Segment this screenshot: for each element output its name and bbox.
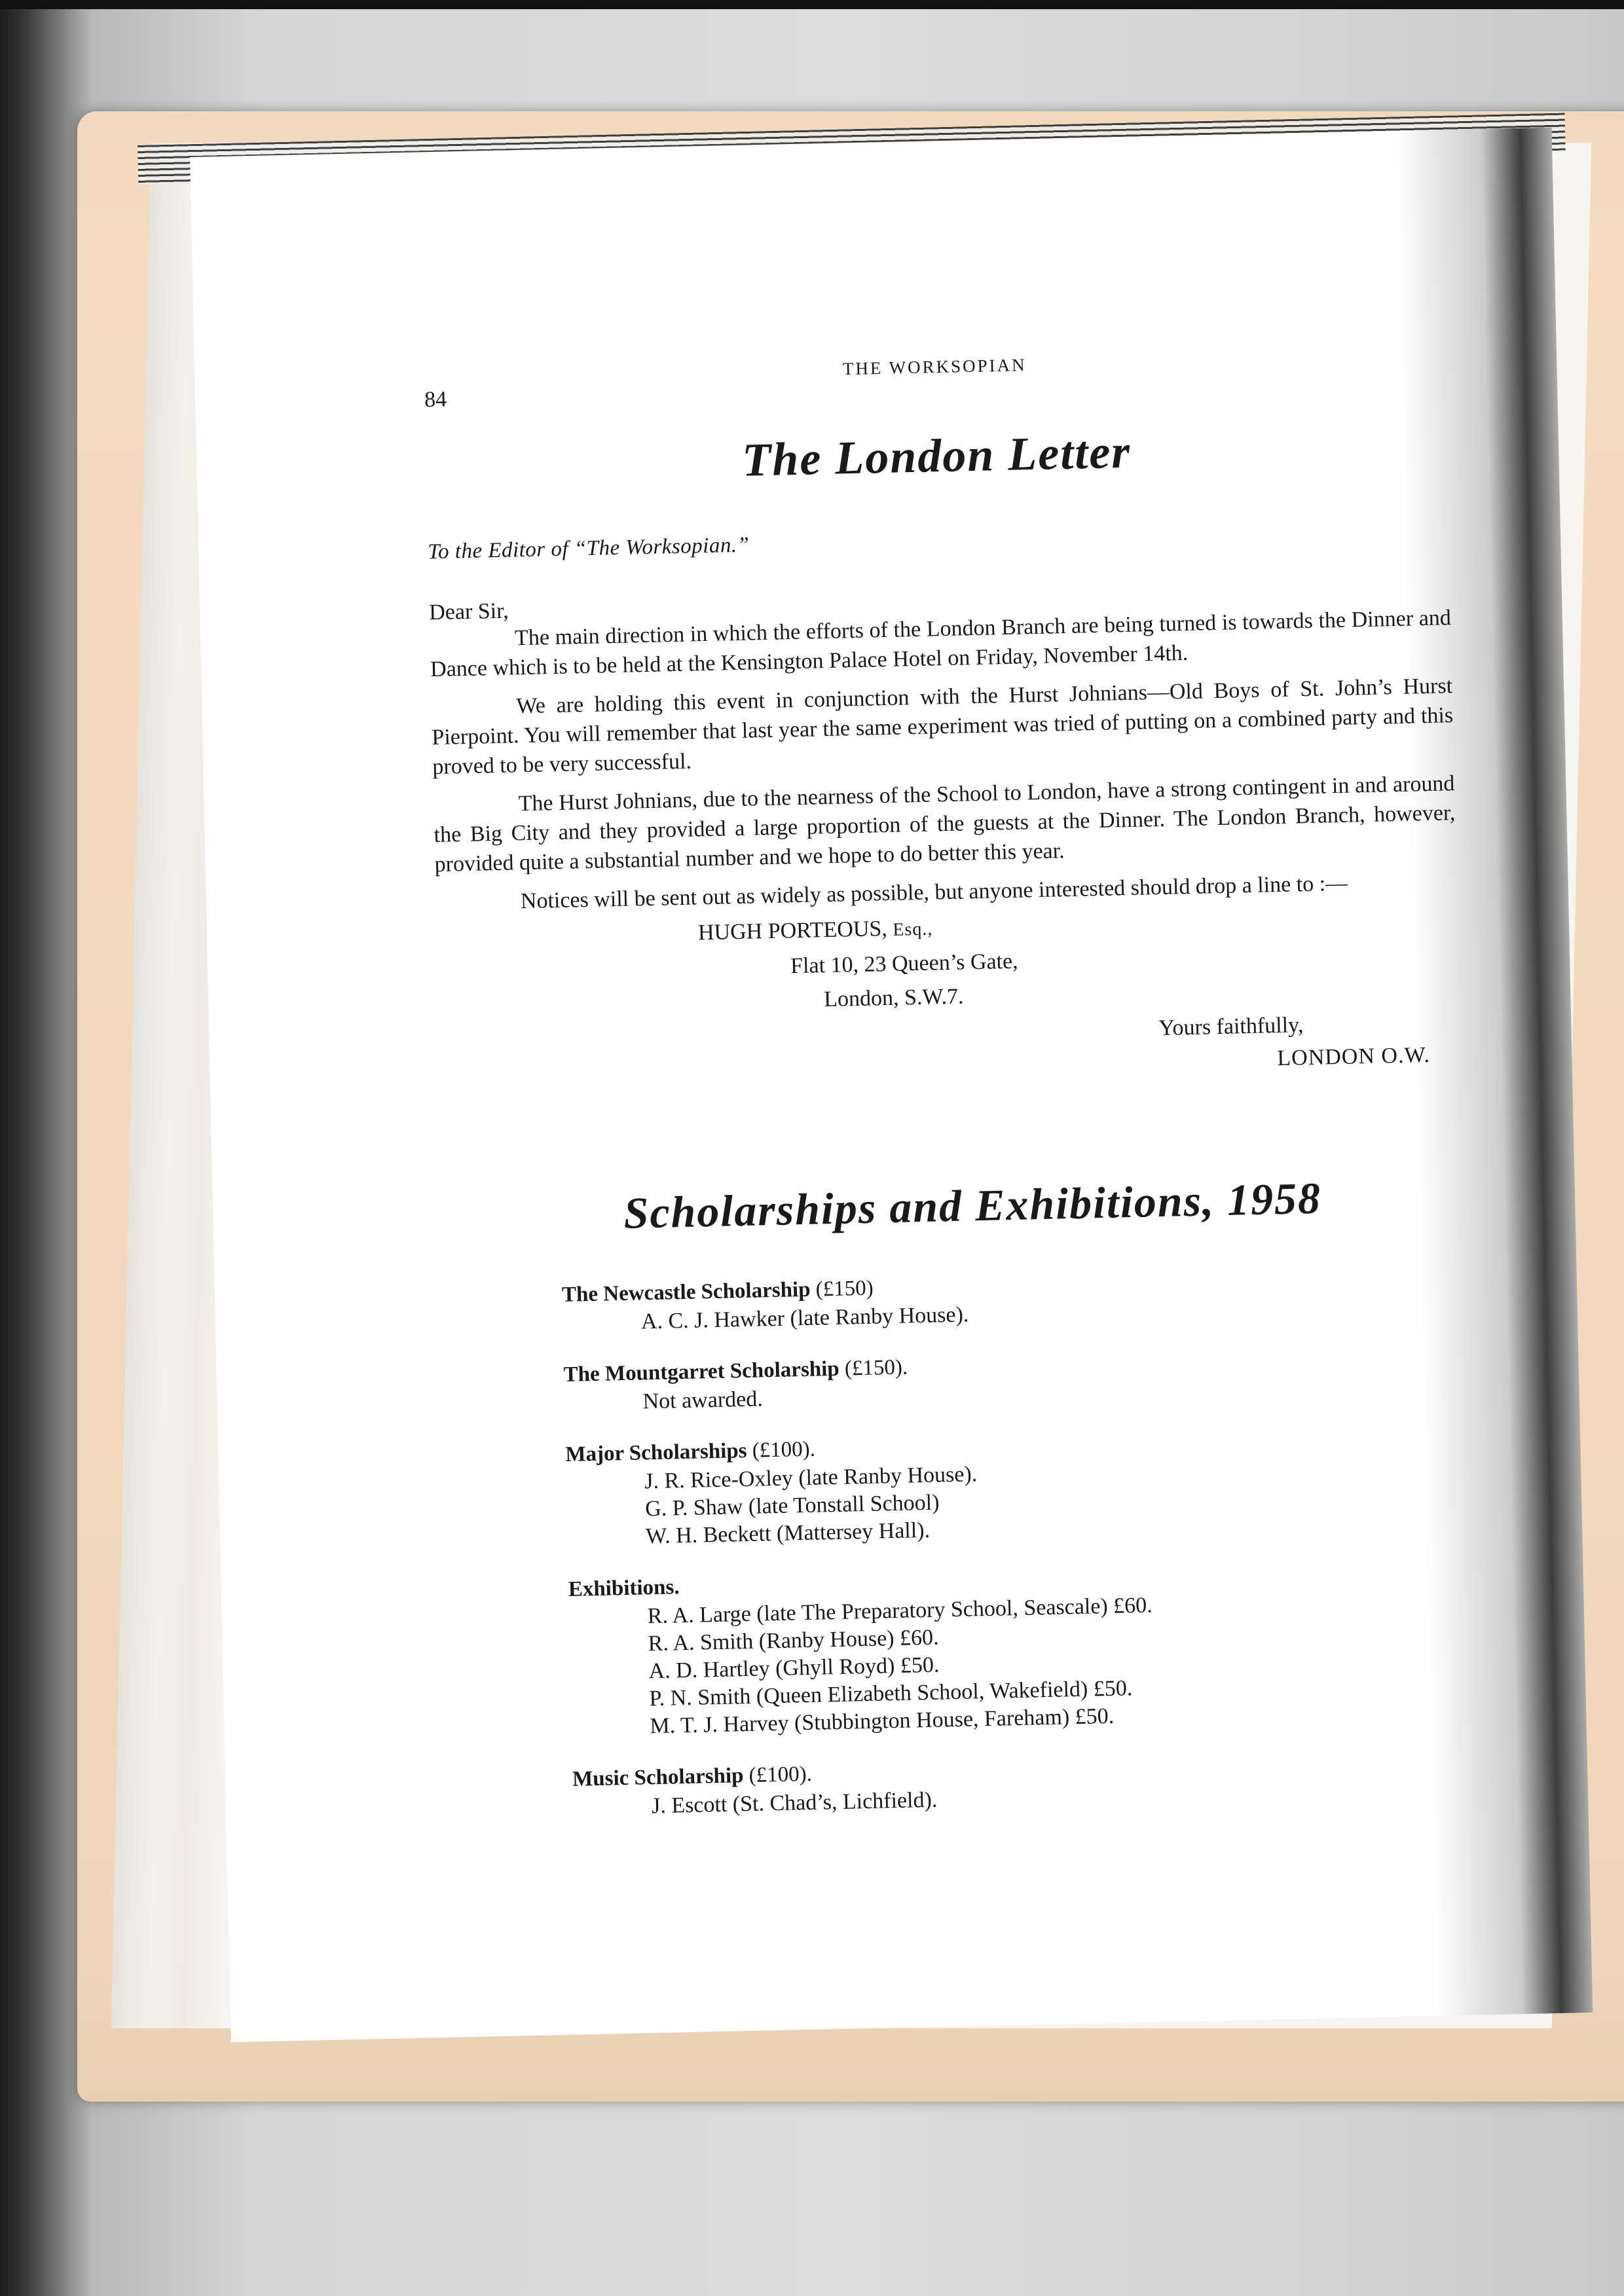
award-name: The Newcastle Scholarship xyxy=(562,1278,811,1307)
letter-body: The main direction in which the efforts … xyxy=(430,603,1457,918)
letter-paragraph: The Hurst Johnians, due to the nearness … xyxy=(433,769,1456,879)
book-page: 84 THE WORKSOPIAN The London Letter To t… xyxy=(190,128,1593,2043)
address-honorific: Esq., xyxy=(893,919,933,940)
london-letter: The London Letter To the Editor of “The … xyxy=(426,418,1461,1093)
award-group-newcastle: The Newcastle Scholarship (£150) A. C. J… xyxy=(562,1260,1467,1338)
award-group-major: Major Scholarships (£100). J. R. Rice-Ox… xyxy=(565,1420,1471,1552)
award-amount: (£100). xyxy=(748,1762,812,1787)
page-number: 84 xyxy=(424,388,447,413)
award-amount: (£150). xyxy=(845,1356,908,1381)
address-name: HUGH PORTEOUS, xyxy=(698,917,888,945)
scholarships-section: Scholarships and Exhibitions, 1958 The N… xyxy=(442,1169,1477,1825)
letter-paragraph: We are holding this event in conjunction… xyxy=(431,671,1454,782)
award-amount: (£100). xyxy=(752,1438,815,1463)
letter-addressee: To the Editor of “The Worksopian.” xyxy=(428,518,1449,564)
journal-title: THE WORKSOPIAN xyxy=(424,346,1445,388)
award-name: Major Scholarships xyxy=(565,1439,747,1467)
awards-list: The Newcastle Scholarship (£150) A. C. J… xyxy=(444,1260,1477,1825)
running-head: 84 THE WORKSOPIAN xyxy=(424,346,1446,414)
london-letter-title: The London Letter xyxy=(426,418,1448,494)
award-group-music: Music Scholarship (£100). J. Escott (St.… xyxy=(572,1745,1477,1822)
award-group-exhibitions: Exhibitions. R. A. Large (late The Prepa… xyxy=(568,1555,1475,1742)
award-group-mountgarret: The Mountgarret Scholarship (£150). Not … xyxy=(563,1340,1468,1417)
award-name: Music Scholarship xyxy=(572,1764,744,1791)
contact-address: HUGH PORTEOUS, Esq., Flat 10, 23 Queen’s… xyxy=(436,900,1460,1025)
award-name: The Mountgarret Scholarship xyxy=(563,1357,840,1387)
page-content: 84 THE WORKSOPIAN The London Letter To t… xyxy=(424,346,1477,1846)
scholarships-title: Scholarships and Exhibitions, 1958 xyxy=(442,1169,1464,1243)
scanner-edge xyxy=(0,0,1624,9)
award-amount: (£150) xyxy=(815,1277,874,1302)
award-name: Exhibitions. xyxy=(568,1575,679,1601)
